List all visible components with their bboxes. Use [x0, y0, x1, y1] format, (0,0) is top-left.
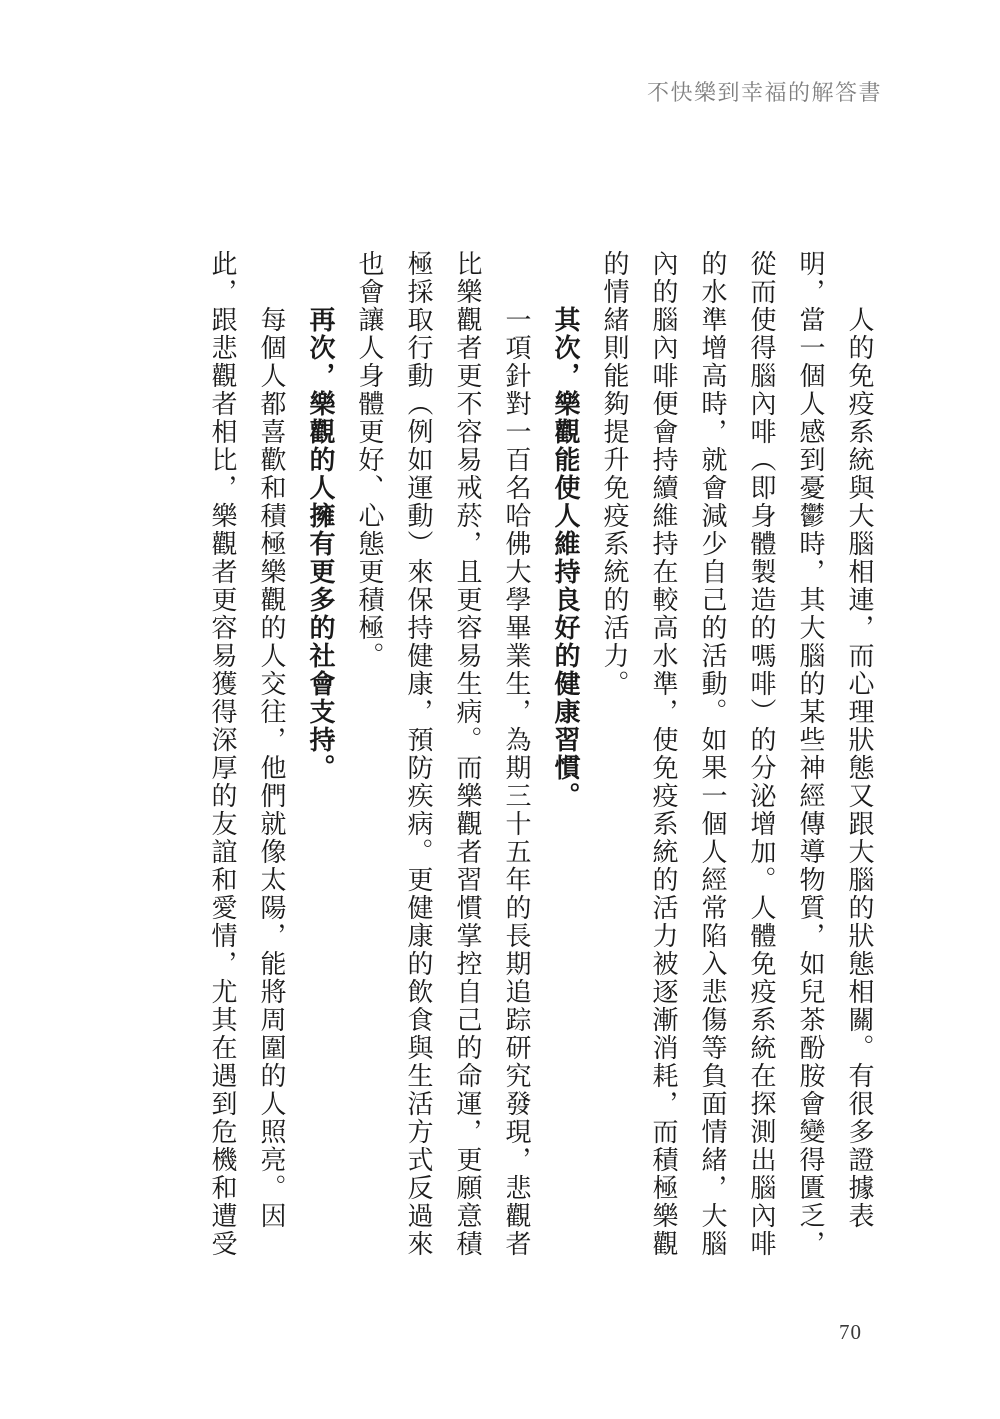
- body-text-vertical: 人的免疫系統與大腦相連，而心理狀態又跟大腦的狀態相關。有很多證據表明，當一個人感…: [198, 250, 884, 1258]
- book-page: 不快樂到幸福的解答書 人的免疫系統與大腦相連，而心理狀態又跟大腦的狀態相關。有很…: [0, 0, 1000, 1419]
- page-number: 70: [839, 1320, 862, 1345]
- paragraph-social-relationships: 每個人都喜歡和積極樂觀的人交往，他們就像太陽，能將周圍的人照亮。因此，跟悲觀者相…: [198, 250, 296, 1258]
- paragraph-heading-health-habits: 其次，樂觀能使人維持良好的健康習慣。: [541, 250, 590, 1258]
- running-head-book-title: 不快樂到幸福的解答書: [647, 76, 882, 107]
- paragraph-harvard-study: 一項針對一百名哈佛大學畢業生，為期三十五年的長期追踪研究發現，悲觀者比樂觀者更不…: [345, 250, 541, 1258]
- paragraph-heading-social-support: 再次，樂觀的人擁有更多的社會支持。: [296, 250, 345, 1258]
- paragraph-immune-system: 人的免疫系統與大腦相連，而心理狀態又跟大腦的狀態相關。有很多證據表明，當一個人感…: [590, 250, 884, 1258]
